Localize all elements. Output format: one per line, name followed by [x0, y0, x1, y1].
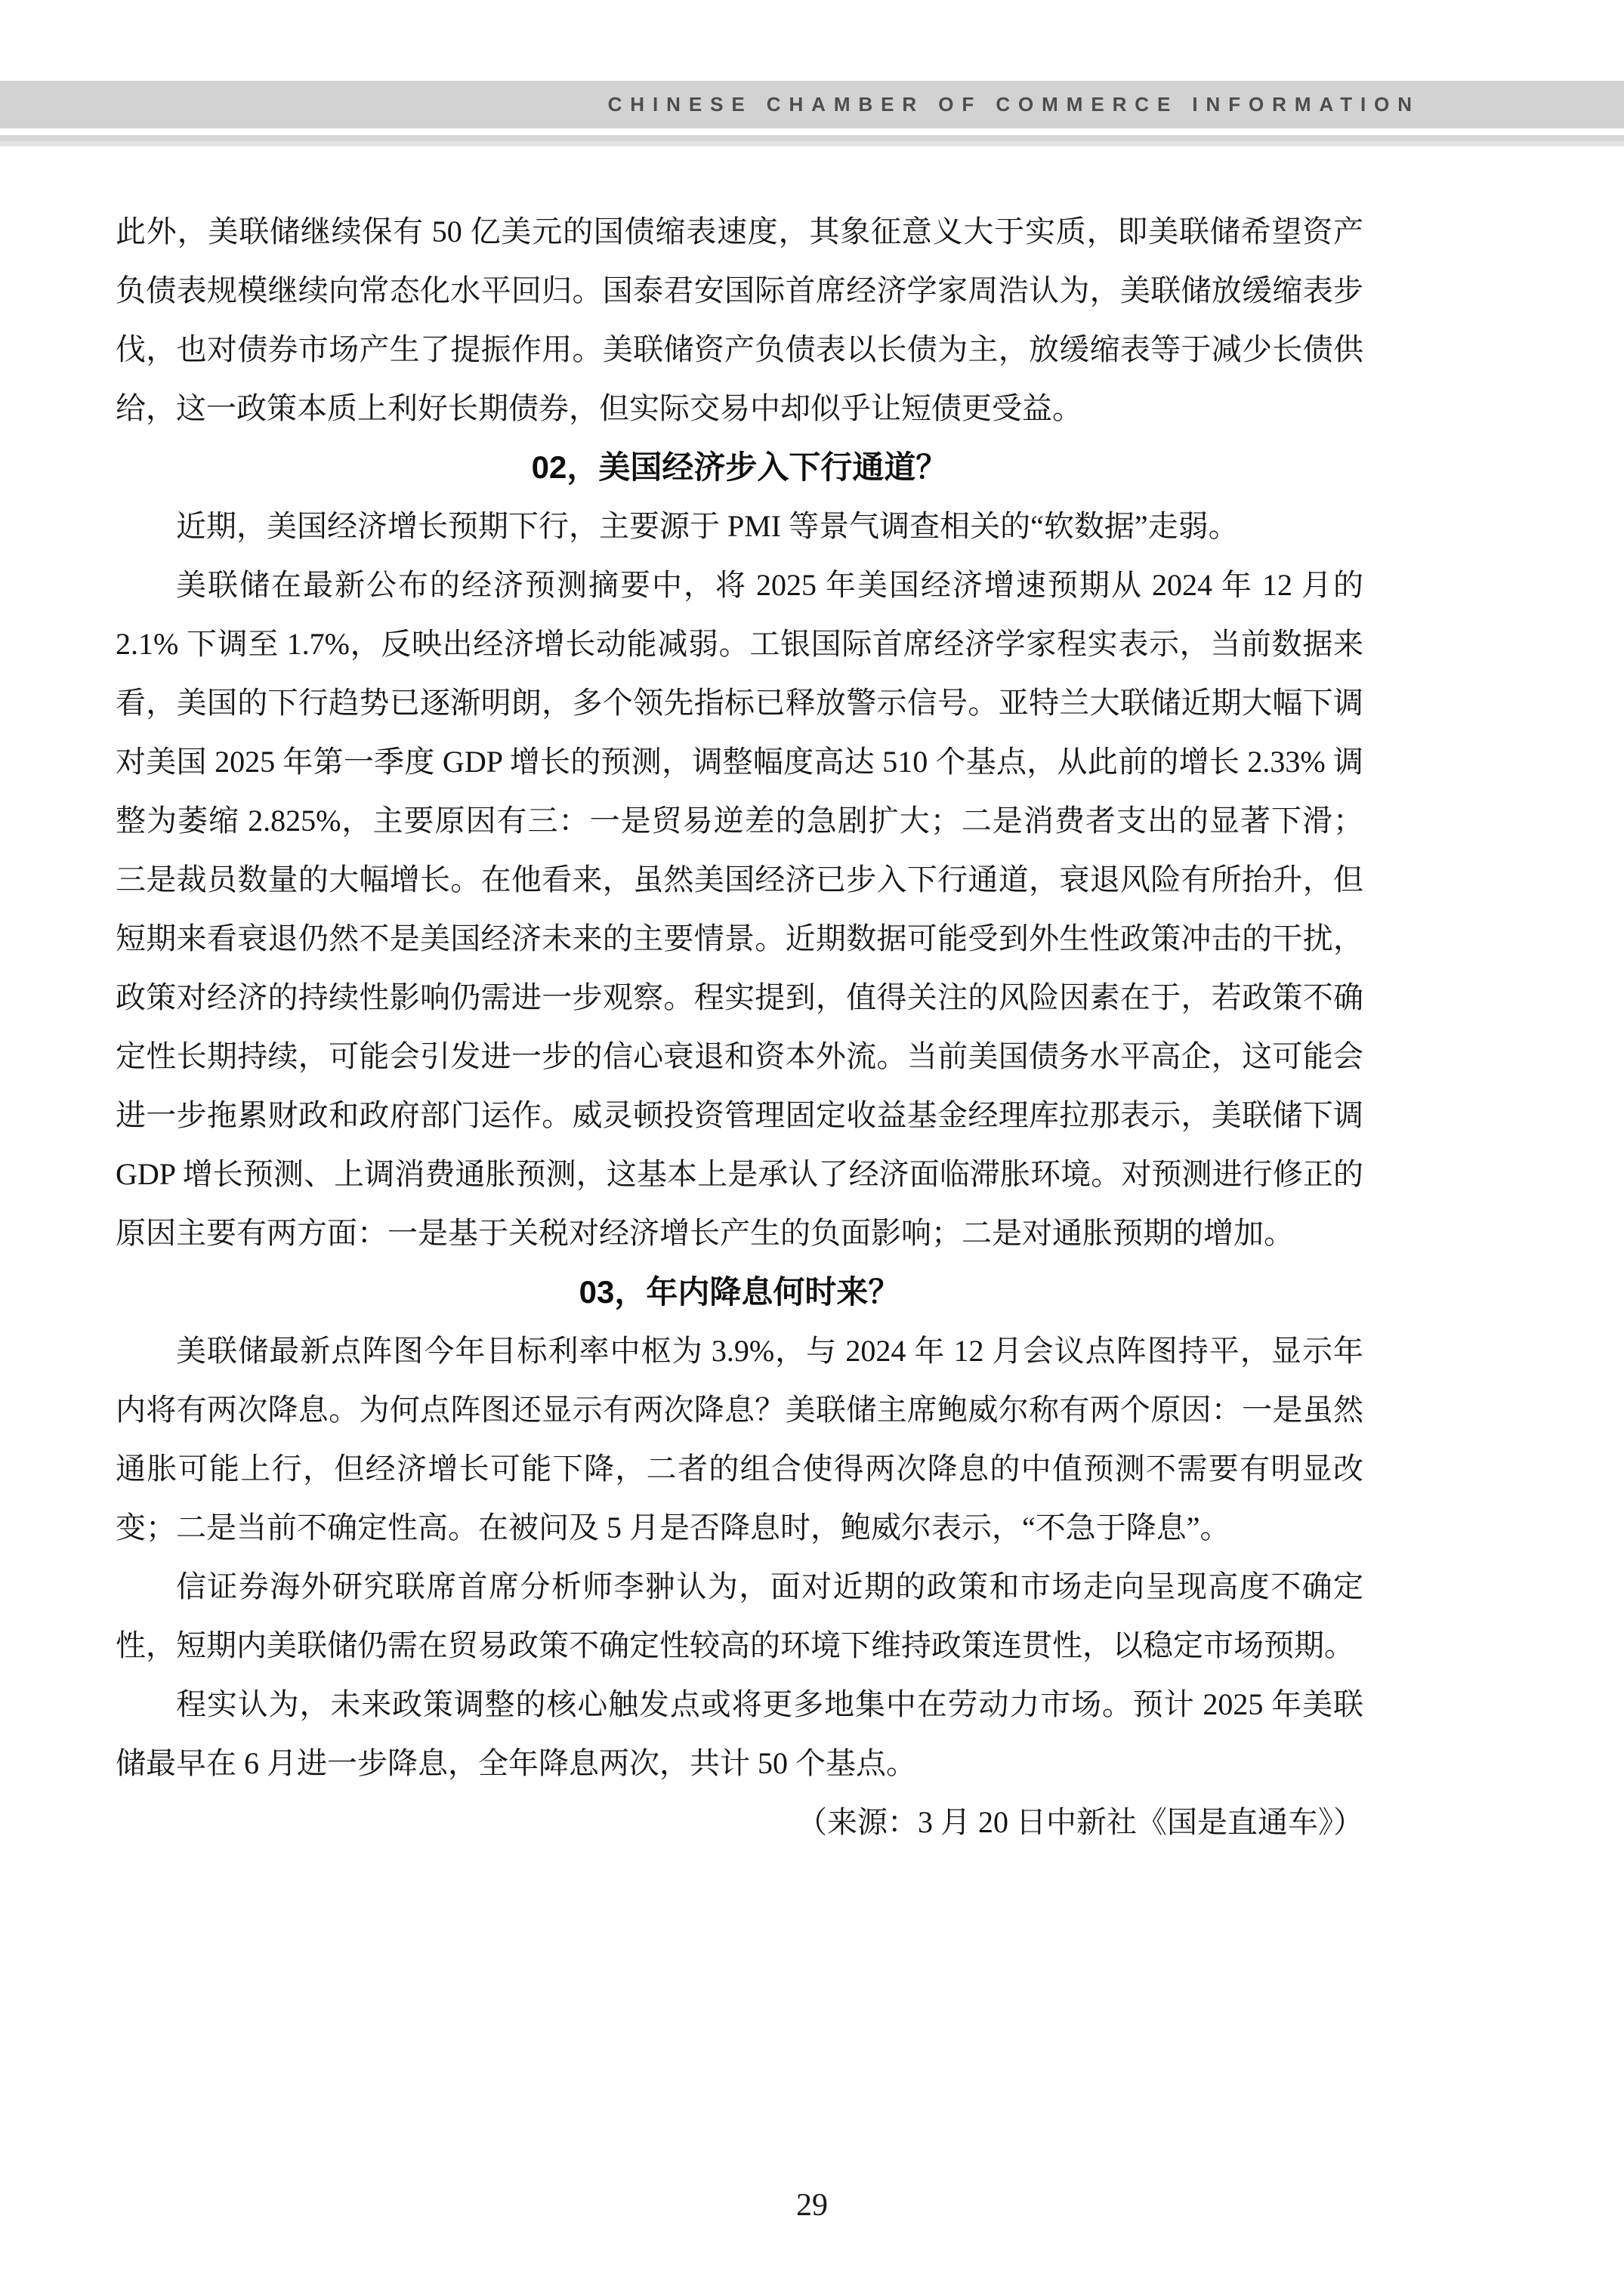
body-paragraph: 程实认为，未来政策调整的核心触发点或将更多地集中在劳动力市场。预计 2025 年…	[116, 1675, 1363, 1793]
document-page: CHINESE CHAMBER OF COMMERCE INFORMATION …	[0, 0, 1624, 2293]
section-heading-02: 02，美国经济步入下行通道？	[116, 438, 1363, 497]
body-paragraph: 此外，美联储继续保有 50 亿美元的国债缩表速度，其象征意义大于实质，即美联储希…	[116, 202, 1363, 438]
header-banner-text: CHINESE CHAMBER OF COMMERCE INFORMATION	[608, 93, 1420, 116]
header-rule-top	[0, 135, 1624, 141]
body-paragraph: 美联储在最新公布的经济预测摘要中，将 2025 年美国经济增速预期从 2024 …	[116, 556, 1363, 1263]
body-paragraph: 美联储最新点阵图今年目标利率中枢为 3.9%，与 2024 年 12 月会议点阵…	[116, 1322, 1363, 1557]
page-number: 29	[0, 2187, 1624, 2224]
body-paragraph: 信证券海外研究联席首席分析师李翀认为，面对近期的政策和市场走向呈现高度不确定性，…	[116, 1557, 1363, 1675]
body-paragraph: 近期，美国经济增长预期下行，主要源于 PMI 等景气调查相关的“软数据”走弱。	[116, 497, 1363, 556]
section-heading-03: 03，年内降息何时来？	[116, 1263, 1363, 1322]
header-banner: CHINESE CHAMBER OF COMMERCE INFORMATION	[0, 81, 1624, 128]
article-body: 此外，美联储继续保有 50 亿美元的国债缩表速度，其象征意义大于实质，即美联储希…	[116, 202, 1363, 1852]
source-attribution: （来源：3 月 20 日中新社《国是直通车》）	[116, 1793, 1363, 1852]
header-rule-bottom	[0, 141, 1624, 147]
